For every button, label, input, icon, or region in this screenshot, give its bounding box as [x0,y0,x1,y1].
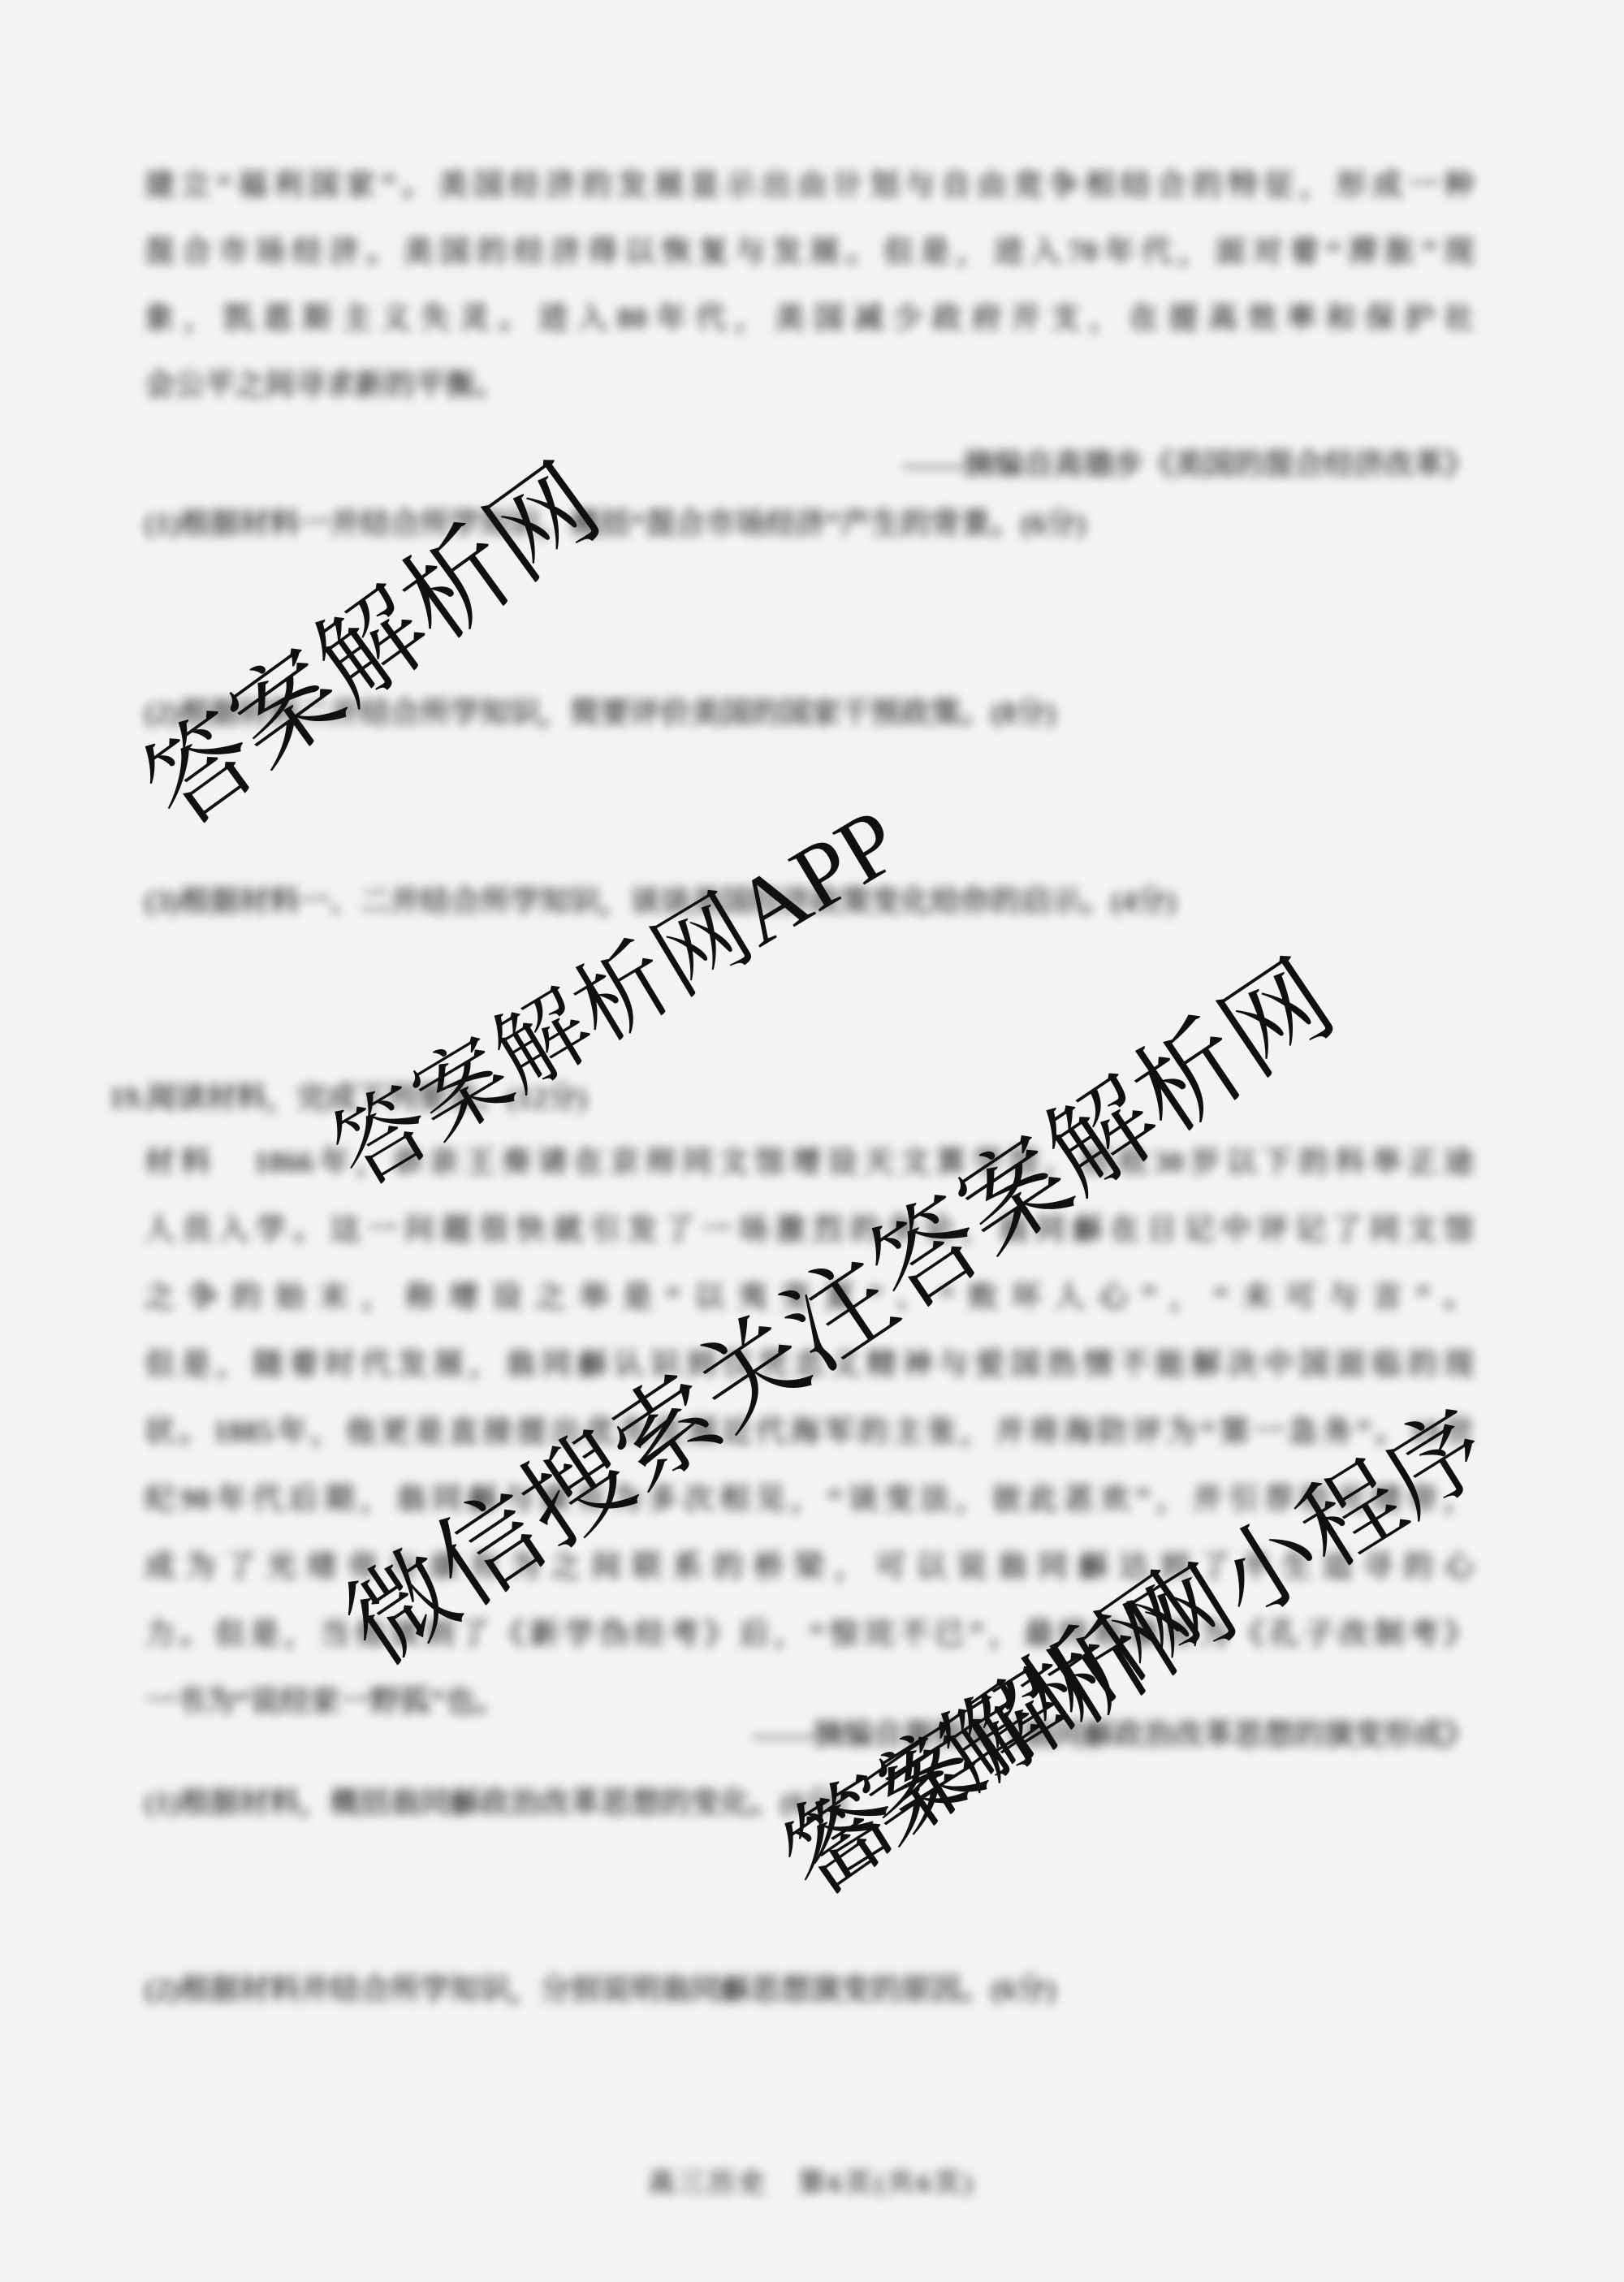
question-19-1: (1)根据材料，概括翁同龢政治改革思想的变化。(6分) [145,1770,845,1837]
page-footer: 高三历史 第6页(共6页) [0,2150,1624,2217]
source-citation-one: ——摘编自高德步《美国的混合经济改革》 [145,432,1474,499]
question-1: (1)根据材料一并结合所学知识，概括“混合市场经济”产生的背景。(6分) [145,491,1086,558]
text-line: 象，凯恩斯主义失灵。进入80年代，美国减少政府开支，在提高效率和保护社 [145,286,1474,352]
text-line: 人员入学。这一问题很快就引发了一场激烈的争论，翁同龢在日记中评记了同文馆 [145,1196,1474,1264]
scanned-text-layer: 建立“福利国家”。美国经济的发展显示出由计划与自由竞争相结合的特征，形成一种 混… [0,0,1624,2282]
source-citation-two: ——摘编自谢俊美《翁同龢政治改革思想的演变形成》 [145,1702,1474,1769]
text-line: 混合市场经济。美国的经济得以恢复与发展。但是，进入70年代，面对着“滞胀”现 [145,219,1474,286]
question-19-2: (2)根据材料并结合所学知识，分别说明翁同龢思想演变的原因。(6分) [145,1957,1056,2024]
text-line: 建立“福利国家”。美国经济的发展显示出由计划与自由竞争相结合的特征，形成一种 [145,153,1474,219]
text-line: 状。1885年，他更是直接提出优先发展近代海军的主张，并将海防评为“第一急务”。… [145,1398,1474,1466]
paragraph-material-item19: 材料 1866年，恭亲王奏请在京师同文馆增设天文算学馆，招收30岁以下的科举正途… [145,1129,1474,1735]
paragraph-material-one: 建立“福利国家”。美国经济的发展显示出由计划与自由竞争相结合的特征，形成一种 混… [145,153,1474,419]
exam-page: 建立“福利国家”。美国经济的发展显示出由计划与自由竞争相结合的特征，形成一种 混… [0,0,1624,2282]
text-line: 会公平之间寻求新的平衡。 [145,352,1474,419]
